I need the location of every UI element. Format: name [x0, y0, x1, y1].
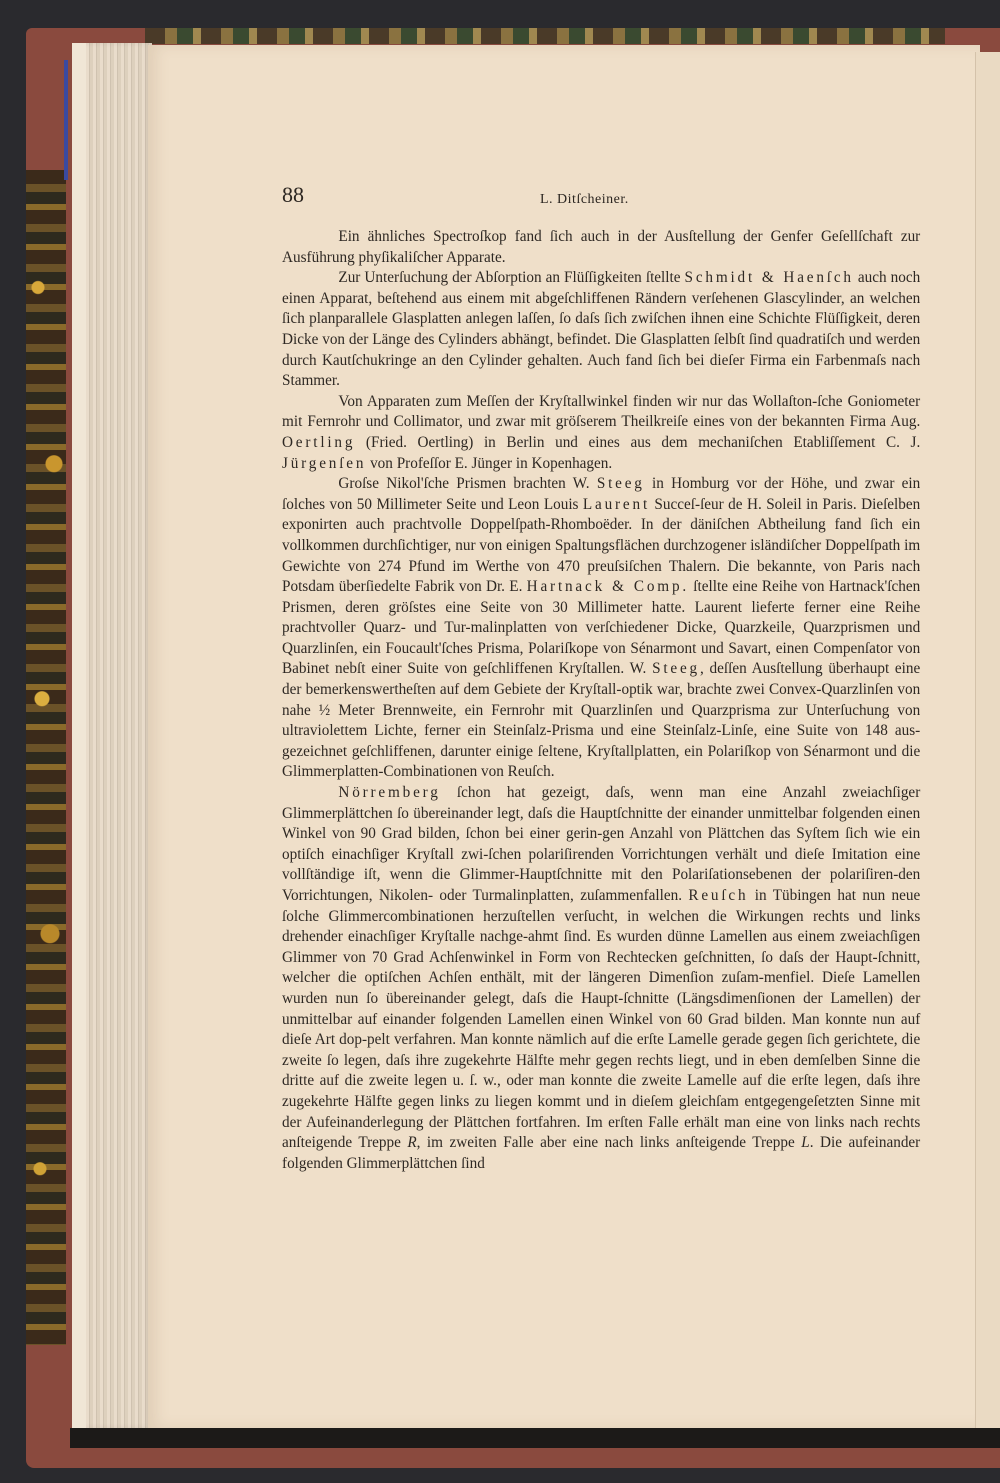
- text-run: Zur Unterſuchung der Abſorption an Flüſſ…: [338, 268, 684, 286]
- spaced-name: Steeg: [652, 659, 700, 677]
- spaced-name: Hartnack & Comp.: [527, 577, 689, 595]
- text-run: Groſse Nikol'ſche Prismen brachten W.: [338, 474, 596, 492]
- paragraph: Nörremberg ſchon hat gezeigt, daſs, wenn…: [282, 782, 920, 1173]
- body-text: Ein ähnliches Spectroſkop fand ſich auch…: [282, 226, 920, 1173]
- spaced-name: Reuſch: [688, 886, 748, 904]
- text-run: , im zweiten Falle aber eine nach links …: [417, 1133, 802, 1151]
- spaced-name: Schmidt & Haenſch: [685, 268, 854, 286]
- page-number: 88: [282, 182, 304, 208]
- marbled-top-edge: [145, 28, 945, 44]
- bottom-shadow: [70, 1428, 1000, 1448]
- page-header: 88 L. Ditſcheiner.: [282, 182, 922, 212]
- text-run: Ein ähnliches Spectroſkop fand ſich auch…: [282, 227, 920, 266]
- running-head: L. Ditſcheiner.: [540, 192, 629, 208]
- spaced-name: Laurent: [583, 495, 650, 513]
- facing-page-edge: [975, 52, 1000, 1428]
- binding-ribbon: [64, 60, 68, 180]
- text-run: auch noch einen Apparat, beſtehend aus e…: [282, 268, 920, 389]
- spaced-name: Oertling: [282, 433, 355, 451]
- text-run: , deſſen Ausſtellung überhaupt eine der …: [282, 659, 920, 780]
- paragraph: Von Apparaten zum Meſſen der Kryſtallwin…: [282, 391, 920, 473]
- paragraph: Groſse Nikol'ſche Prismen brachten W. St…: [282, 473, 920, 782]
- text-run: Von Apparaten zum Meſſen der Kryſtallwin…: [282, 392, 920, 431]
- text-run: in Tübingen hat nun neue ſolche Glimmerc…: [282, 886, 920, 1151]
- paragraph: Ein ähnliches Spectroſkop fand ſich auch…: [282, 226, 920, 267]
- spaced-name: Jürgenſen: [282, 454, 366, 472]
- paragraph: Zur Unterſuchung der Abſorption an Flüſſ…: [282, 267, 920, 391]
- page-edge-highlight: [72, 43, 86, 1428]
- marbled-endpaper: [26, 170, 66, 1345]
- text-run: (Fried. Oertling) in Berlin und eines au…: [355, 433, 920, 451]
- text-run: von Profeſſor E. Jünger in Kopenhagen.: [366, 454, 612, 472]
- spaced-name: Steeg: [597, 474, 645, 492]
- spaced-name: Nörremberg: [338, 783, 440, 801]
- italic-symbol: R: [407, 1133, 416, 1151]
